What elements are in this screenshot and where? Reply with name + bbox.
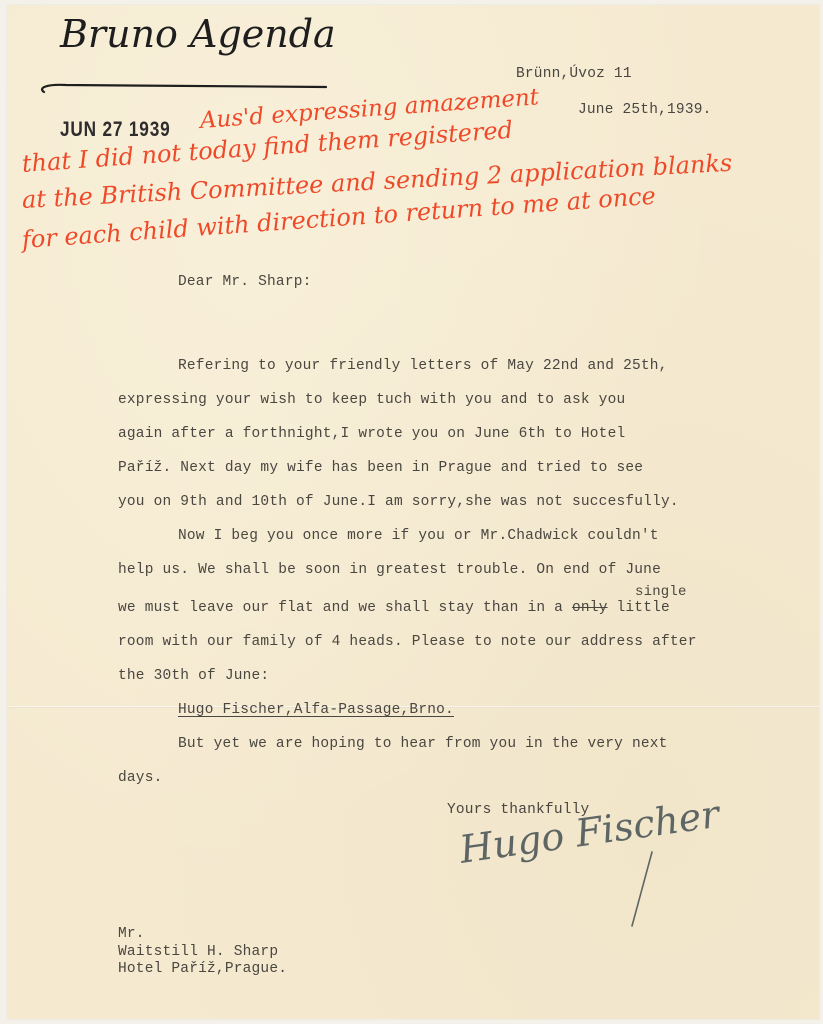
line3-prefix: we must leave our flat and we shall stay… — [118, 600, 572, 616]
recipient-line-2: Waitstill H. Sharp — [118, 944, 278, 960]
body-p2-line-4: room with our family of 4 heads. Please … — [118, 634, 697, 650]
new-address: Hugo Fischer,Alfa-Passage,Brno. — [178, 702, 454, 718]
struck-word: only — [572, 600, 608, 616]
heading-underline-stroke — [36, 78, 336, 100]
handwritten-heading: Bruno Agenda — [60, 12, 336, 56]
typed-insertion-single: single — [635, 584, 687, 600]
recipient-line-3: Hotel Paříž,Prague. — [118, 961, 287, 977]
line3-suffix: little — [608, 600, 670, 616]
body-p1-line-5: you on 9th and 10th of June.I am sorry,s… — [118, 494, 679, 510]
body-p3-line-1: But yet we are hoping to hear from you i… — [178, 736, 668, 752]
body-p1-line-4: Paříž. Next day my wife has been in Prag… — [118, 460, 643, 476]
body-p1-line-3: again after a forthnight,I wrote you on … — [118, 426, 625, 442]
received-date-stamp: JUN 27 1939 — [60, 118, 171, 142]
salutation: Dear Mr. Sharp: — [178, 274, 312, 290]
recipient-line-1: Mr. — [118, 926, 145, 942]
body-p1-line-1: Refering to your friendly letters of May… — [178, 358, 668, 374]
body-p1-line-2: expressing your wish to keep tuch with y… — [118, 392, 625, 408]
signature-tail-stroke — [610, 850, 670, 930]
letter-date: June 25th,1939. — [578, 102, 712, 118]
body-p2-line-1: Now I beg you once more if you or Mr.Cha… — [178, 528, 659, 544]
sender-address: Brünn,Úvoz 11 — [516, 66, 632, 82]
body-p2-line-3: we must leave our flat and we shall stay… — [118, 600, 670, 616]
body-p3-line-2: days. — [118, 770, 163, 786]
body-p2-line-2: help us. We shall be soon in greatest tr… — [118, 562, 661, 578]
body-p2-line-5: the 30th of June: — [118, 668, 269, 684]
